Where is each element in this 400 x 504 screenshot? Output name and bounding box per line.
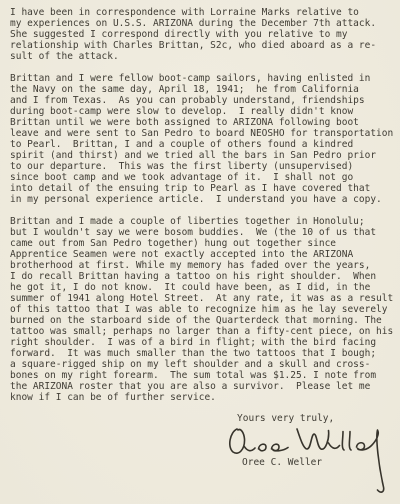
letter-page: I have been in correspondence with Lorra…: [0, 0, 400, 504]
typed-signature-name: Oree C. Weller: [242, 457, 322, 468]
letter-paragraph-3: Brittan and I made a couple of liberties…: [10, 216, 398, 403]
letter-paragraph-2: Brittan and I were fellow boot-camp sail…: [10, 73, 398, 205]
letter-paragraph-1: I have been in correspondence with Lorra…: [10, 7, 398, 62]
letter-body: I have been in correspondence with Lorra…: [10, 7, 398, 414]
